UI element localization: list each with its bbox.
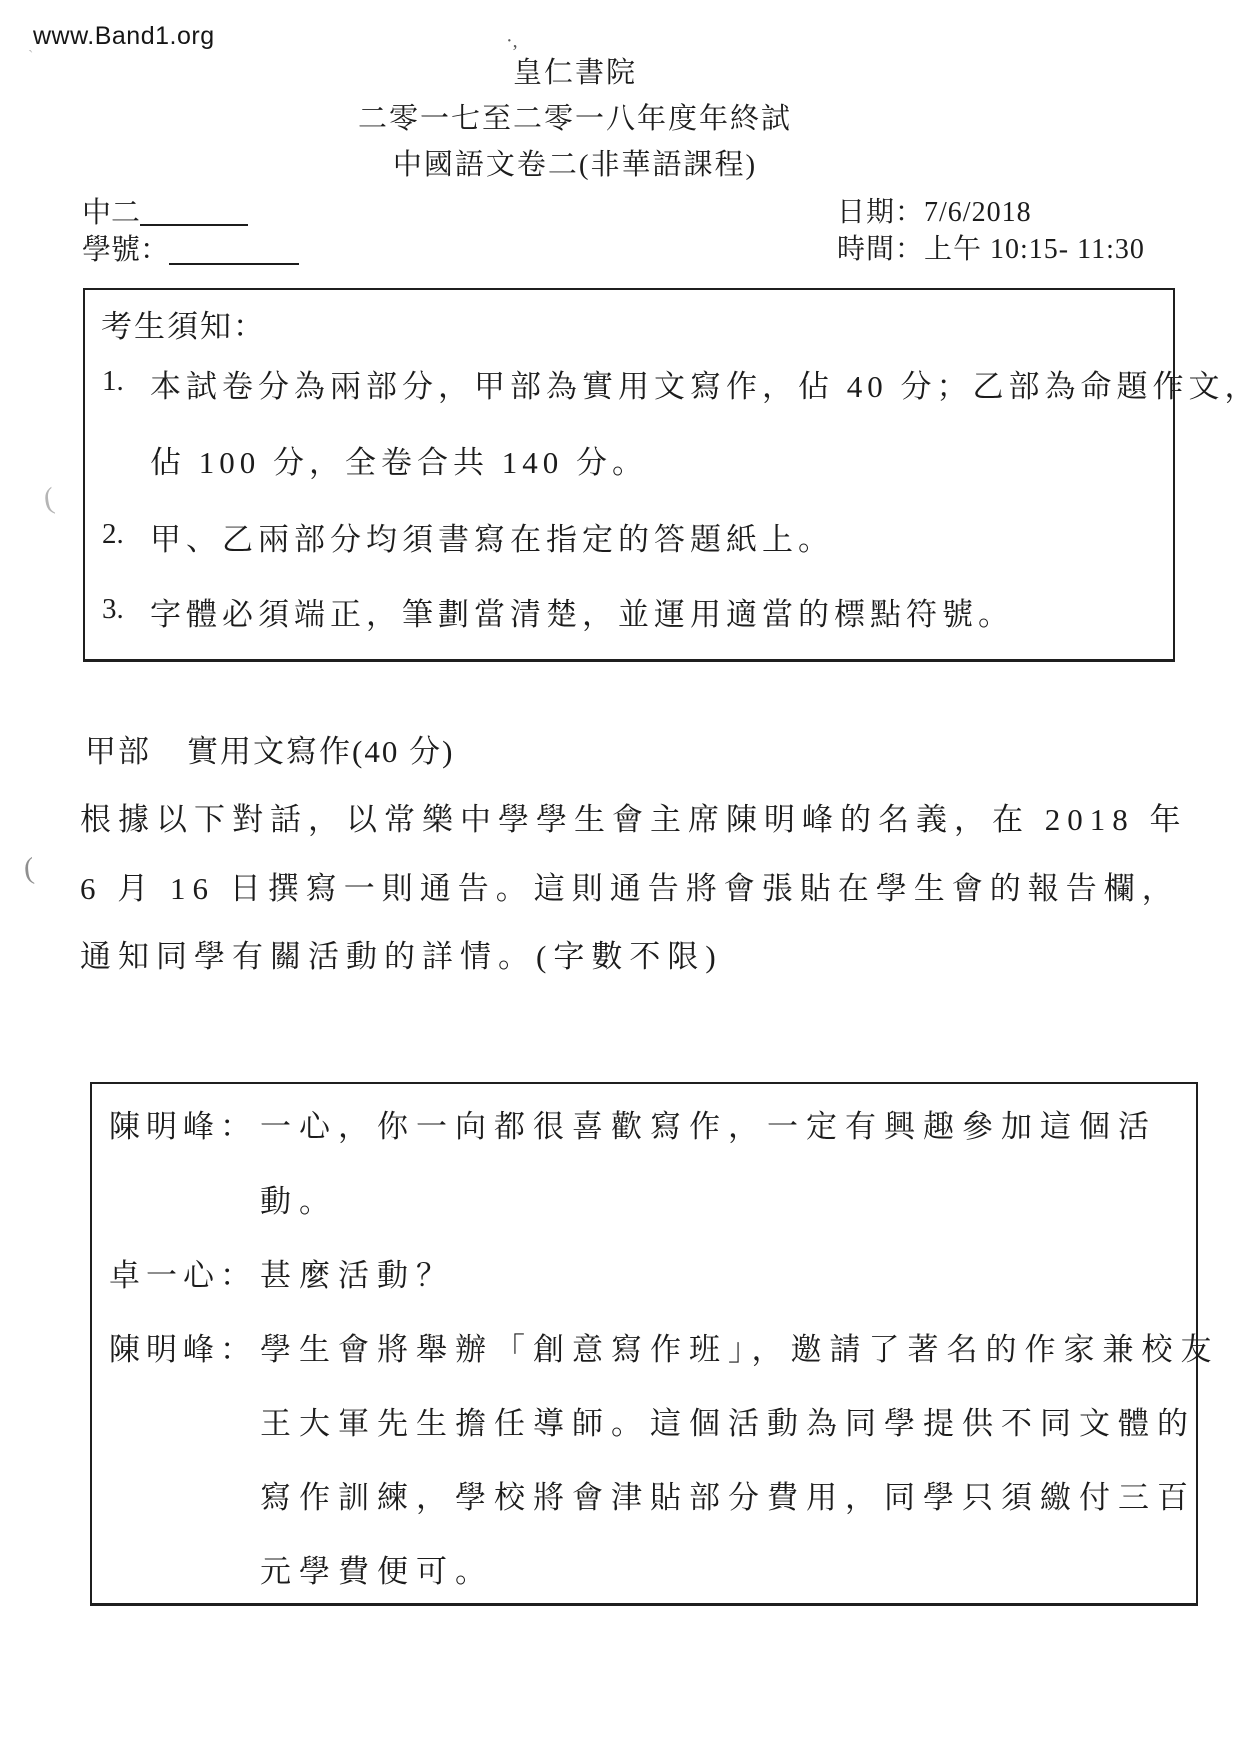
dialogue-text: 甚麼活動？ — [260, 1250, 455, 1295]
instruction-line: 通知同學有關活動的詳情。(字數不限) — [80, 931, 1165, 976]
notice-item-number: 3. — [102, 593, 124, 626]
date-label: 日期： — [837, 197, 924, 228]
instruction-line: 根據以下對話，以常樂中學學生會主席陳明峰的名義，在 2018 年 — [80, 794, 1165, 839]
title-block: 皇仁書院 二零一七至二零一八年度年終試 中國語文卷二(非華語課程) — [0, 50, 1150, 188]
exam-session-title: 二零一七至二零一八年度年終試 — [0, 96, 1150, 142]
instruction-line: 6 月 16 日撰寫一則通告。這則通告將會張貼在學生會的報告欄， — [80, 863, 1165, 908]
exam-paper-page: www.Band1.org ` ·, ( ( 皇仁書院 二零一七至二零一八年度年… — [0, 0, 1240, 1754]
dialogue-text: 寫作訓練，學校將會津貼部分費用，同學只須繳付三百 — [260, 1472, 1196, 1517]
dialogue-text: 學生會將舉辦「創意寫作班」，邀請了著名的作家兼校友 — [260, 1324, 1220, 1369]
dialogue-text: 動。 — [260, 1176, 338, 1221]
class-blank — [140, 198, 248, 226]
time-label: 時間： — [837, 234, 924, 265]
section-a-part-label: 甲部 — [85, 734, 151, 769]
notice-line: 本試卷分為兩部分，甲部為實用文寫作，佔 40 分；乙部為命題作文， — [150, 361, 1240, 406]
section-a-title: 實用文寫作(40 分) — [187, 734, 454, 769]
student-no-label: 學號： — [82, 234, 169, 266]
time-field: 時間：上午 10:15- 11:30 — [837, 227, 1145, 267]
notice-line: 佔 100 分，全卷合共 140 分。 — [150, 437, 648, 482]
student-no-field: 學號： — [82, 227, 299, 268]
dialogue-speaker: 陳明峰： — [109, 1101, 257, 1146]
class-label: 中二 — [82, 197, 140, 229]
notice-line: 甲、乙兩部分均須書寫在指定的答題紙上。 — [150, 514, 834, 559]
dialogue-speaker: 卓一心： — [109, 1250, 257, 1295]
notice-line: 字體必須端正，筆劃當清楚，並運用適當的標點符號。 — [150, 589, 1014, 634]
scan-artifact: ( — [23, 852, 36, 887]
date-value: 7/6/2018 — [924, 197, 1032, 228]
notice-item-number: 1. — [102, 365, 124, 398]
dialogue-text: 王大軍先生擔任導師。這個活動為同學提供不同文體的 — [260, 1398, 1196, 1443]
notice-item-number: 2. — [102, 518, 124, 551]
school-name: 皇仁書院 — [0, 50, 1150, 96]
dialogue-text: 元學費便可。 — [260, 1546, 494, 1591]
section-a-heading: 甲部實用文寫作(40 分) — [85, 726, 454, 771]
dialogue-box: 陳明峰： 一心，你一向都很喜歡寫作，一定有興趣參加這個活 動。 卓一心： 甚麼活… — [90, 1082, 1198, 1606]
student-no-blank — [169, 237, 299, 265]
dialogue-text: 一心，你一向都很喜歡寫作，一定有興趣參加這個活 — [260, 1101, 1157, 1146]
notice-title: 考生須知： — [101, 301, 266, 346]
scan-artifact: ( — [42, 481, 57, 516]
watermark-url: www.Band1.org — [33, 22, 215, 51]
time-value: 上午 10:15- 11:30 — [924, 234, 1145, 265]
dialogue-speaker: 陳明峰： — [109, 1324, 257, 1369]
date-field: 日期：7/6/2018 — [837, 190, 1032, 230]
notice-box: 考生須知： 1. 本試卷分為兩部分，甲部為實用文寫作，佔 40 分；乙部為命題作… — [83, 288, 1175, 662]
class-field: 中二 — [82, 190, 248, 231]
paper-title: 中國語文卷二(非華語課程) — [0, 142, 1150, 188]
